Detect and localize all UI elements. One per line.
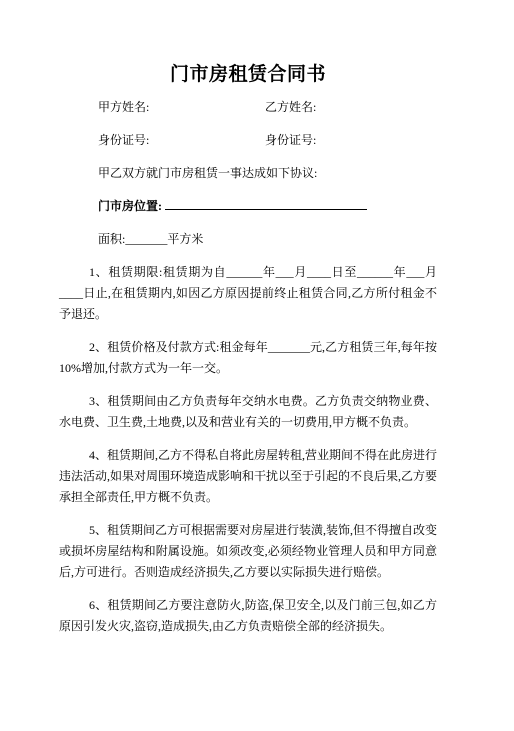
agreement-intro-line: 甲乙双方就门市房租赁一事达成如下协议: xyxy=(59,163,437,184)
clause-3-utilities-and-fees: 3、租赁期间由乙方负责每年交纳水电费。乙方负责交纳物业费、水电费、卫生费,土地费… xyxy=(59,391,437,433)
party-b-id-label: 身份证号: xyxy=(265,130,316,151)
clause-4-no-sublease-no-illegal-use: 4、租赁期间,乙方不得私自将此房屋转租,营业期间不得在此房进行违法活动,如果对周… xyxy=(59,445,437,508)
party-ids-row: 身份证号: 身份证号: xyxy=(59,130,437,151)
clause-2-rent-and-payment: 2、租赁价格及付款方式:租金每年_______元,乙方租赁三年,每年按10%增加… xyxy=(59,337,437,379)
clause-6-fire-theft-safety: 6、租赁期间乙方要注意防火,防盗,保卫安全,以及门前三包,如乙方原因引发火灾,盗… xyxy=(59,595,437,637)
area-row: 面积:_______平方米 xyxy=(59,229,437,250)
contract-title: 门市房租赁合同书 xyxy=(59,62,437,88)
contract-document-page: 门市房租赁合同书 甲方姓名: 乙方姓名: 身份证号: 身份证号: 甲乙双方就门市… xyxy=(0,0,514,731)
shop-location-blank-line xyxy=(165,196,367,210)
clause-5-decoration-and-structure: 5、租赁期间乙方可根据需要对房屋进行装潢,装饰,但不得擅自改变或损坏房屋结构和附… xyxy=(59,520,437,583)
party-names-row: 甲方姓名: 乙方姓名: xyxy=(59,97,437,118)
party-b-name-label: 乙方姓名: xyxy=(265,97,316,118)
clause-1-lease-term: 1、租赁期限:租赁期为自______年___月____日至______年___月… xyxy=(59,262,437,325)
party-a-name-label: 甲方姓名: xyxy=(98,100,149,114)
party-a-id-label: 身份证号: xyxy=(98,133,149,147)
shop-location-row: 门市房位置: xyxy=(59,196,437,217)
agreement-intro-text: 甲乙双方就门市房租赁一事达成如下协议: xyxy=(98,166,317,180)
shop-location-label: 门市房位置: xyxy=(98,199,162,213)
area-text: 面积:_______平方米 xyxy=(98,232,203,246)
document-content: 门市房租赁合同书 甲方姓名: 乙方姓名: 身份证号: 身份证号: 甲乙双方就门市… xyxy=(59,0,437,649)
